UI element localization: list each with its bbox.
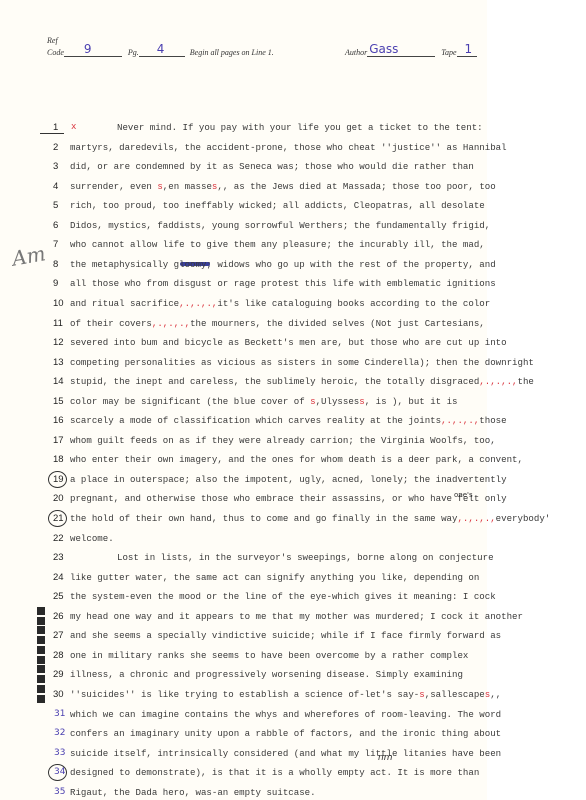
line-number: 13 xyxy=(53,357,65,368)
line-text: the hold of their own hand, thus to come… xyxy=(70,513,550,524)
line-number: 18 xyxy=(53,454,65,465)
line-number: 1 xyxy=(53,122,65,133)
margin-black-square xyxy=(37,665,45,673)
typed-line: 20pregnant, and otherwise those who embr… xyxy=(0,493,487,507)
line-number: 7 xyxy=(53,239,65,250)
typed-line: 27and she seems a specially vindictive s… xyxy=(0,630,487,644)
line-text: martyrs, daredevils, the accident-prone,… xyxy=(70,142,507,153)
line-text: and ritual sacrifice,.,.,.,it's like cat… xyxy=(70,298,490,309)
tape-value: 1 xyxy=(465,42,473,56)
typed-line: 12severed into bum and bicycle as Becket… xyxy=(0,337,487,351)
typed-line: 19a place in outerspace; also the impote… xyxy=(0,474,487,488)
line-text: whom guilt feeds on as if they were alre… xyxy=(70,435,496,446)
typed-line: 14stupid, the inept and careless, the su… xyxy=(0,376,487,390)
line-number: 4 xyxy=(53,181,65,192)
typed-line: 31which we can imagine contains the whys… xyxy=(0,709,487,723)
line-number: 30 xyxy=(53,689,65,700)
red-x-mark: x xyxy=(71,122,76,132)
line-text: illness, a chronic and progressively wor… xyxy=(70,669,463,680)
code-value: 9 xyxy=(84,42,92,56)
line-number-underline xyxy=(40,133,64,134)
code-label: Code xyxy=(47,48,64,57)
line-number: 32 xyxy=(54,728,66,738)
line-text: did, or are condemned by it as Seneca wa… xyxy=(70,161,474,172)
line-text: competing personalities as vicious as si… xyxy=(70,357,534,368)
line-number: 17 xyxy=(53,435,65,446)
margin-black-square xyxy=(37,626,45,634)
line-number: 8 xyxy=(53,259,65,270)
line-text: ''suicides'' is like trying to establish… xyxy=(70,689,501,700)
typescript-page: Ref Code9 Pg.4 Begin all pages on Line 1… xyxy=(0,0,487,800)
typed-line: 33suicide itself, intrinsically consider… xyxy=(0,748,487,762)
line-text: the metaphysically gloomy; widows who go… xyxy=(70,259,496,270)
line-text: of their covers,.,.,.,the mourners, the … xyxy=(70,318,485,329)
line-text: who cannot allow life to give them any p… xyxy=(70,239,485,250)
line-number: 3 xyxy=(53,161,65,172)
typed-line: 13competing personalities as vicious as … xyxy=(0,357,487,371)
line-text: Never mind. If you pay with your life yo… xyxy=(117,122,483,133)
ref-label: Ref xyxy=(47,36,58,45)
typed-line: 8the metaphysically gloomy; widows who g… xyxy=(0,259,487,273)
line-number: 35 xyxy=(54,787,66,797)
line-number: 16 xyxy=(53,415,65,426)
typed-line: 29illness, a chronic and progressively w… xyxy=(0,669,487,683)
typed-line: 2martyrs, daredevils, the accident-prone… xyxy=(0,142,487,156)
line-text: suicide itself, intrinsically considered… xyxy=(70,748,501,759)
margin-black-square xyxy=(37,636,45,644)
line-number: 20 xyxy=(53,493,65,504)
line-text: my head one way and it appears to me tha… xyxy=(70,611,523,622)
line-text: Rigaut, the Dada hero, was-an empty suit… xyxy=(70,787,316,798)
line-number: 2 xyxy=(53,142,65,153)
line-number: 11 xyxy=(53,318,65,329)
typed-line: 28one in military ranks she seems to hav… xyxy=(0,650,487,664)
margin-black-square xyxy=(37,617,45,625)
line-text: severed into bum and bicycle as Beckett'… xyxy=(70,337,507,348)
circled-line-number-mark xyxy=(48,471,67,488)
line-text: confers an imaginary unity upon a rabble… xyxy=(70,728,501,739)
typed-line: 9all those who from disgust or rage prot… xyxy=(0,278,487,292)
line-text: welcome. xyxy=(70,533,114,544)
typed-line: 24like gutter water, the same act can si… xyxy=(0,572,487,586)
typed-line: 35Rigaut, the Dada hero, was-an empty su… xyxy=(0,787,487,800)
form-header: Ref Code9 Pg.4 Begin all pages on Line 1… xyxy=(45,34,485,64)
line-text: all those who from disgust or rage prote… xyxy=(70,278,496,289)
line-number: 12 xyxy=(53,337,65,348)
margin-black-square xyxy=(37,685,45,693)
typed-line: 30''suicides'' is like trying to establi… xyxy=(0,689,487,703)
typed-line: 1xNever mind. If you pay with your life … xyxy=(0,122,487,136)
line-text: Didos, mystics, faddists, young sorrowfu… xyxy=(70,220,490,231)
line-text: pregnant, and otherwise those who embrac… xyxy=(70,493,507,504)
margin-black-square xyxy=(37,675,45,683)
typed-line: 22welcome. xyxy=(0,533,487,547)
typed-line: 16scarcely a mode of classification whic… xyxy=(0,415,487,429)
typed-line: 34designed to demonstrate), is that it i… xyxy=(0,767,487,781)
circled-line-number-mark xyxy=(48,764,67,781)
margin-black-square xyxy=(37,656,45,664)
author-value: Gass xyxy=(369,42,398,56)
line-number: 24 xyxy=(53,572,65,583)
line-text: a place in outerspace; also the impotent… xyxy=(70,474,507,485)
line-number: 10 xyxy=(53,298,65,309)
line-text: the system-even the mood or the line of … xyxy=(70,591,496,602)
typed-line: 7who cannot allow life to give them any … xyxy=(0,239,487,253)
line-number: 22 xyxy=(53,533,65,544)
circled-line-number-mark xyxy=(48,510,67,527)
typed-line: 11of their covers,.,.,.,the mourners, th… xyxy=(0,318,487,332)
typed-line: 25the system-even the mood or the line o… xyxy=(0,591,487,605)
typed-line: 10and ritual sacrifice,.,.,.,it's like c… xyxy=(0,298,487,312)
line-text: and she seems a specially vindictive sui… xyxy=(70,630,501,641)
line-text: one in military ranks she seems to have … xyxy=(70,650,468,661)
handwritten-insert-line34: nm xyxy=(378,753,392,763)
typed-line: 26my head one way and it appears to me t… xyxy=(0,611,487,625)
typed-line: 15color may be significant (the blue cov… xyxy=(0,396,487,410)
author-field[interactable]: Gass xyxy=(367,46,435,57)
line-text: rich, too proud, too ineffably wicked; a… xyxy=(70,200,485,211)
line-number: 31 xyxy=(54,709,66,719)
typed-line: 32confers an imaginary unity upon a rabb… xyxy=(0,728,487,742)
line-number: 25 xyxy=(53,591,65,602)
line-number: 9 xyxy=(53,278,65,289)
line-number: 23 xyxy=(53,552,65,563)
line-number: 5 xyxy=(53,200,65,211)
line-text: designed to demonstrate), is that it is … xyxy=(70,767,479,778)
line-number: 29 xyxy=(53,669,65,680)
instruction-text: Begin all pages on Line 1. xyxy=(190,48,274,57)
line-number: 27 xyxy=(53,630,65,641)
typed-line: 21the hold of their own hand, thus to co… xyxy=(0,513,487,527)
typed-line: 4surrender, even s,en masses,, as the Je… xyxy=(0,181,487,195)
line-number: 26 xyxy=(53,611,65,622)
typed-line: 23Lost in lists, in the surveyor's sweep… xyxy=(0,552,487,566)
line-number: 15 xyxy=(53,396,65,407)
tape-label: Tape xyxy=(441,48,456,57)
pg-field[interactable]: 4 xyxy=(139,46,185,57)
line-text: which we can imagine contains the whys a… xyxy=(70,709,501,720)
typed-line: 17whom guilt feeds on as if they were al… xyxy=(0,435,487,449)
handwritten-insert-line21: one's xyxy=(454,491,473,499)
line-text: scarcely a mode of classification which … xyxy=(70,415,507,426)
line-number: 6 xyxy=(53,220,65,231)
margin-black-square xyxy=(37,646,45,654)
author-label: Author xyxy=(345,48,367,57)
typed-line: 5rich, too proud, too ineffably wicked; … xyxy=(0,200,487,214)
line-text: Lost in lists, in the surveyor's sweepin… xyxy=(117,552,494,563)
line-text: stupid, the inept and careless, the subl… xyxy=(70,376,534,387)
line-text: surrender, even s,en masses,, as the Jew… xyxy=(70,181,496,192)
line-text: like gutter water, the same act can sign… xyxy=(70,572,479,583)
line-number: 14 xyxy=(53,376,65,387)
code-field[interactable]: 9 xyxy=(64,46,122,57)
tape-field[interactable]: 1 xyxy=(457,46,477,57)
line-number: 33 xyxy=(54,748,66,758)
line-text: who enter their own imagery, and the one… xyxy=(70,454,523,465)
pg-label: Pg. xyxy=(128,48,139,57)
typed-line: 18who enter their own imagery, and the o… xyxy=(0,454,487,468)
pg-value: 4 xyxy=(157,42,165,56)
margin-black-square xyxy=(37,607,45,615)
typed-line: 6Didos, mystics, faddists, young sorrowf… xyxy=(0,220,487,234)
line-text: color may be significant (the blue cover… xyxy=(70,396,458,407)
typed-line: 3did, or are condemned by it as Seneca w… xyxy=(0,161,487,175)
margin-black-square xyxy=(37,695,45,703)
line-number: 28 xyxy=(53,650,65,661)
